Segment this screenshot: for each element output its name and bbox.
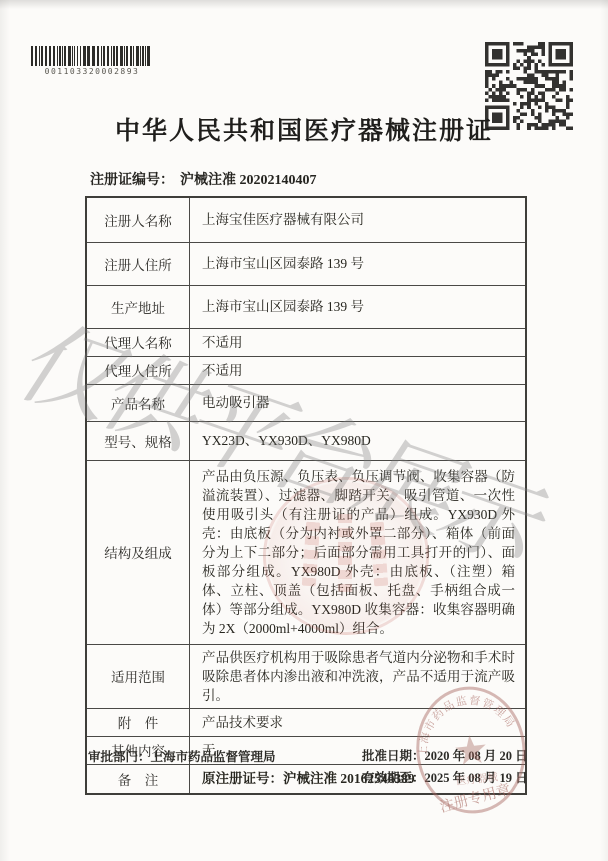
- row-value: 电动吸引器: [190, 384, 527, 421]
- row-label: 代理人住所: [86, 356, 190, 384]
- barcode-bars-icon: [30, 46, 154, 66]
- table-row: 产品名称 电动吸引器: [86, 384, 526, 421]
- row-label: 注册人名称: [86, 197, 190, 242]
- row-label: 产品名称: [86, 384, 190, 421]
- row-value: 上海宝佳医疗器械有限公司: [190, 197, 527, 242]
- registration-number-label: 注册证编号：: [90, 173, 174, 188]
- barcode-number: 001103320002893: [30, 67, 154, 76]
- table-row: 型号、规格 YX23D、YX930D、YX980D: [86, 421, 526, 460]
- approval-department-line: 审批部门：上海市药品监督管理局: [88, 747, 276, 765]
- table-row: 代理人名称 不适用: [86, 328, 526, 356]
- row-label: 注册人住所: [86, 242, 190, 285]
- row-label: 代理人名称: [86, 328, 190, 356]
- table-row: 注册人名称 上海宝佳医疗器械有限公司: [86, 197, 526, 242]
- registration-number-line: 注册证编号：沪械注准 20202140407: [90, 169, 317, 189]
- row-label: 备 注: [86, 764, 190, 794]
- row-value: 不适用: [190, 356, 527, 384]
- approval-date-value: 2020 年 08 月 20 日: [425, 749, 528, 763]
- row-label: 型号、规格: [86, 421, 190, 460]
- row-label: 生产地址: [86, 285, 190, 328]
- row-value: 上海市宝山区园泰路 139 号: [190, 242, 527, 285]
- approval-date-label: 批准日期：: [362, 749, 425, 763]
- row-value: 不适用: [190, 328, 527, 356]
- row-value: 产品由负压源、负压表、负压调节阀、收集容器（防溢流装置）、过滤器、脚踏开关、吸引…: [190, 460, 527, 644]
- approval-department-value: 上海市药品监督管理局: [151, 750, 276, 764]
- registration-number-value: 沪械注准 20202140407: [180, 173, 317, 188]
- row-value: YX23D、YX930D、YX980D: [190, 421, 527, 460]
- table-row: 注册人住所 上海市宝山区园泰路 139 号: [86, 242, 526, 285]
- page-title: 中华人民共和国医疗器械注册证: [0, 111, 608, 147]
- table-row: 代理人住所 不适用: [86, 356, 526, 384]
- row-label: 附 件: [86, 708, 190, 736]
- row-value: 上海市宝山区园泰路 139 号: [190, 285, 527, 328]
- table-row: 结构及组成 产品由负压源、负压表、负压调节阀、收集容器（防溢流装置）、过滤器、脚…: [86, 460, 526, 644]
- valid-until-label: 有效期至：: [362, 771, 425, 785]
- certificate-page: 001103320002893 中华人民共和国医疗器械注册证 注册证编号：沪械注…: [0, 0, 608, 861]
- row-label: 结构及组成: [86, 460, 190, 644]
- approval-department-label: 审批部门：: [88, 750, 151, 764]
- table-row: 生产地址 上海市宝山区园泰路 139 号: [86, 285, 526, 328]
- valid-until-line: 有效期至：2025 年 08 月 19 日: [362, 768, 528, 786]
- table-row: 适用范围 产品供医疗机构用于吸除患者气道内分泌物和手术时吸除患者体内渗出液和冲洗…: [86, 644, 526, 708]
- certificate-table: 注册人名称 上海宝佳医疗器械有限公司 注册人住所 上海市宝山区园泰路 139 号…: [85, 196, 527, 795]
- barcode: 001103320002893: [30, 46, 154, 76]
- approval-date-line: 批准日期：2020 年 08 月 20 日: [362, 746, 528, 764]
- valid-until-value: 2025 年 08 月 19 日: [425, 771, 528, 785]
- row-label: 适用范围: [86, 644, 190, 708]
- row-value: 产品供医疗机构用于吸除患者气道内分泌物和手术时吸除患者体内渗出液和冲洗液，产品不…: [190, 644, 527, 708]
- row-value: 产品技术要求: [190, 708, 527, 736]
- table-row: 附 件 产品技术要求: [86, 708, 526, 736]
